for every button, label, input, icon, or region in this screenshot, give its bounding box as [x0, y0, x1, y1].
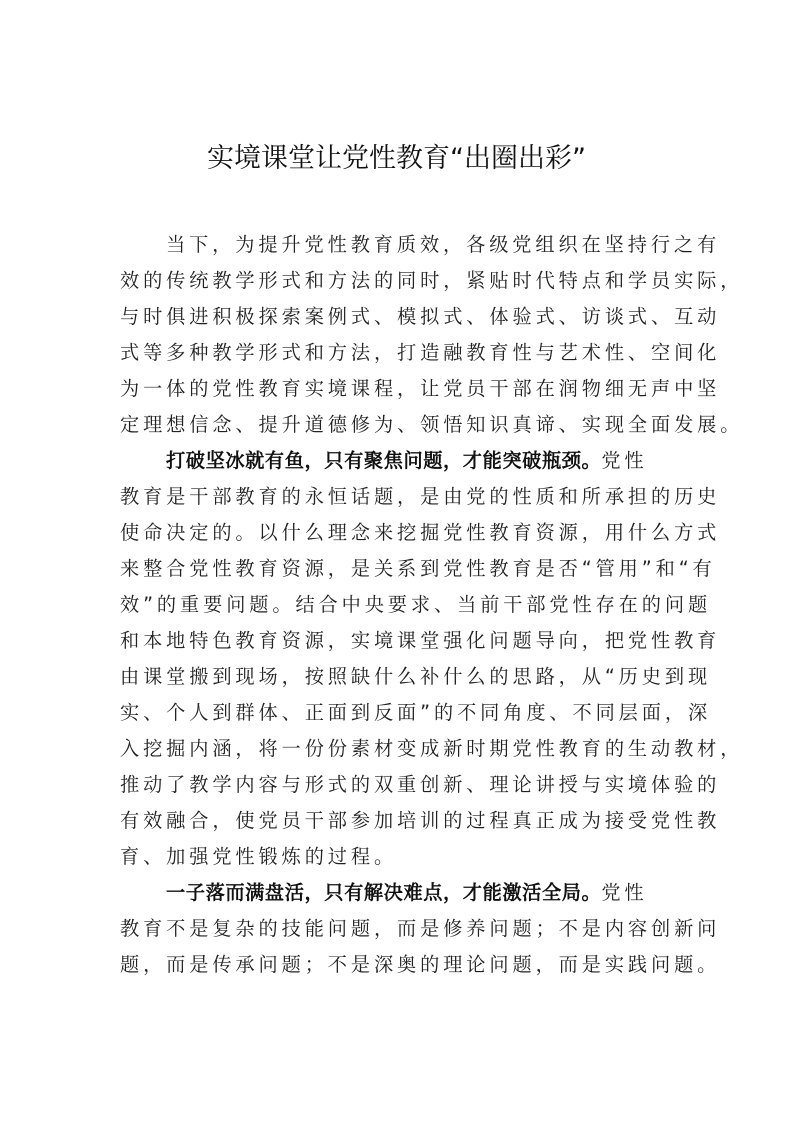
text-fragment: 党性: [601, 449, 647, 472]
paragraph-focus-problems: 打破坚冰就有鱼，只有聚焦问题，才能突破瓶颈。党性 教育是干部教育的永恒话题，是由…: [120, 443, 676, 875]
text-line: 来整合党性教育资源，是关系到党性教育是否“管用”和“有: [120, 551, 676, 587]
text-line: 和本地特色教育资源，实境课堂强化问题导向，把党性教育: [120, 623, 676, 659]
paragraph-intro: 当下，为提升党性教育质效，各级党组织在坚持行之有 效的传统教学形式和方法的同时，…: [120, 227, 676, 443]
text-line: 由课堂搬到现场，按照缺什么补什么的思路，从“历史到现: [120, 659, 676, 695]
text-line: 效的传统教学形式和方法的同时，紧贴时代特点和学员实际，: [120, 263, 676, 299]
text-line: 有效融合，使党员干部参加培训的过程真正成为接受党性教: [120, 803, 676, 839]
text-line: 效”的重要问题。结合中央要求、当前干部党性存在的问题: [120, 587, 676, 623]
text-line: 式等多种教学形式和方法，打造融教育性与艺术性、空间化: [120, 335, 676, 371]
text-line: 入挖掘内涵，将一份份素材变成新时期党性教育的生动教材，: [120, 731, 676, 767]
text-line: 为一体的党性教育实境课程，让党员干部在润物细无声中坚: [120, 371, 676, 407]
document-page: 实境课堂让党性教育“出圈出彩” 当下，为提升党性教育质效，各级党组织在坚持行之有…: [0, 0, 793, 1122]
text-line: 使命决定的。以什么理念来挖掘党性教育资源，用什么方式: [120, 515, 676, 551]
paragraph-solve-difficulties: 一子落而满盘活，只有解决难点，才能激活全局。党性 教育不是复杂的技能问题，而是修…: [120, 875, 676, 983]
text-line: 实、个人到群体、正面到反面”的不同角度、不同层面，深: [120, 695, 676, 731]
paragraph-lead-heading: 一子落而满盘活，只有解决难点，才能激活全局。: [166, 881, 601, 904]
paragraph-lead-heading: 打破坚冰就有鱼，只有聚焦问题，才能突破瓶颈。: [166, 449, 601, 472]
text-line: 定理想信念、提升道德修为、领悟知识真谛、实现全面发展。: [120, 407, 676, 443]
text-line: 打破坚冰就有鱼，只有聚焦问题，才能突破瓶颈。党性: [120, 443, 676, 479]
document-title: 实境课堂让党性教育“出圈出彩”: [0, 141, 793, 177]
text-line: 教育不是复杂的技能问题，而是修养问题；不是内容创新问: [120, 911, 676, 947]
text-line: 育、加强党性锻炼的过程。: [120, 839, 676, 875]
document-body: 当下，为提升党性教育质效，各级党组织在坚持行之有 效的传统教学形式和方法的同时，…: [120, 227, 676, 983]
text-line: 教育是干部教育的永恒话题，是由党的性质和所承担的历史: [120, 479, 676, 515]
text-line: 题，而是传承问题；不是深奥的理论问题，而是实践问题。: [120, 947, 676, 983]
text-fragment: 党性: [601, 881, 647, 904]
text-line: 推动了教学内容与形式的双重创新、理论讲授与实境体验的: [120, 767, 676, 803]
text-line: 与时俱进积极探索案例式、模拟式、体验式、访谈式、互动: [120, 299, 676, 335]
text-line: 当下，为提升党性教育质效，各级党组织在坚持行之有: [120, 227, 676, 263]
text-line: 一子落而满盘活，只有解决难点，才能激活全局。党性: [120, 875, 676, 911]
